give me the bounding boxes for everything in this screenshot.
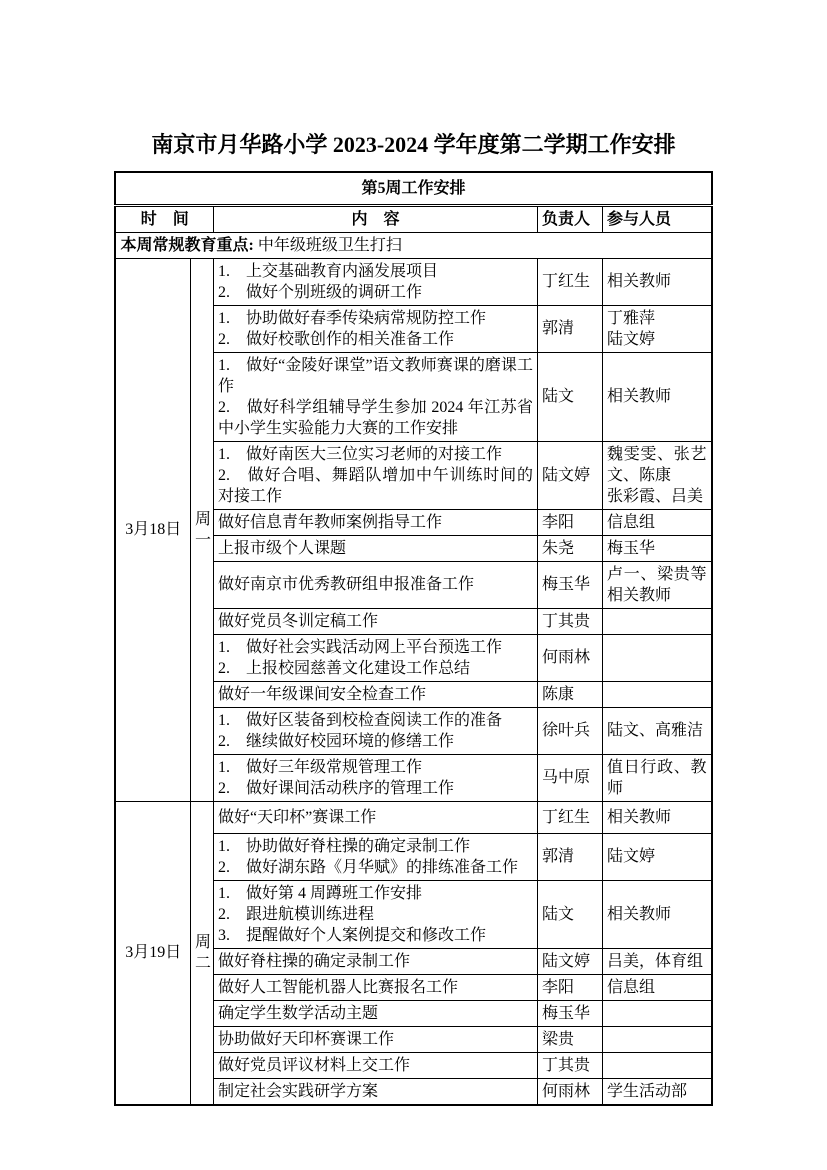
task-participants-cell: 梅玉华 (602, 535, 711, 561)
task-participants-cell (602, 1000, 711, 1026)
task-participants-cell: 信息组 (602, 509, 711, 535)
task-content-cell: 1. 做好南医大三位实习老师的对接工作 2. 做好合唱、舞蹈队增加中午训练时间的… (213, 441, 537, 509)
col-header-lead: 负责人 (537, 205, 602, 232)
task-content-cell: 做好党员评议材料上交工作 (213, 1052, 537, 1078)
date-cell: 3月18日 (115, 258, 190, 801)
task-lead-cell: 陈康 (537, 681, 602, 707)
weekday-cell: 周一 (190, 258, 213, 801)
task-lead-cell: 丁其贵 (537, 608, 602, 634)
task-row: 3月19日周二做好“天印杯”赛课工作丁红生相关教师 (115, 801, 711, 833)
task-content-cell: 制定社会实践研学方案 (213, 1078, 537, 1105)
task-content-cell: 确定学生数学活动主题 (213, 1000, 537, 1026)
task-content-cell: 1. 做好“金陵好课堂”语文教师赛课的磨课工作 2. 做好科学组辅导学生参加 2… (213, 352, 537, 441)
task-participants-cell: 信息组 (602, 974, 711, 1000)
task-participants-cell (602, 681, 711, 707)
task-lead-cell: 郭清 (537, 305, 602, 352)
task-content-cell: 1. 协助做好春季传染病常规防控工作 2. 做好校歌创作的相关准备工作 (213, 305, 537, 352)
task-lead-cell: 陆文婷 (537, 441, 602, 509)
week-header: 第5周工作安排 (115, 172, 711, 205)
weekly-focus-value: 中年级班级卫生打扫 (258, 237, 402, 254)
task-lead-cell: 朱尧 (537, 535, 602, 561)
task-content-cell: 做好人工智能机器人比赛报名工作 (213, 974, 537, 1000)
task-participants-cell: 值日行政、教师 (602, 754, 711, 801)
task-content-cell: 1. 做好三年级常规管理工作 2. 做好课间活动秩序的管理工作 (213, 754, 537, 801)
task-participants-cell (602, 608, 711, 634)
weekday-cell: 周二 (190, 801, 213, 1105)
page-title: 南京市月华路小学 2023-2024 学年度第二学期工作安排 (0, 131, 827, 159)
schedule-body: 3月18日周一1. 上交基础教育内涵发展项目 2. 做好个别班级的调研工作丁红生… (115, 258, 711, 1105)
task-content-cell: 协助做好天印杯赛课工作 (213, 1026, 537, 1052)
task-participants-cell (602, 1052, 711, 1078)
task-lead-cell: 李阳 (537, 509, 602, 535)
task-lead-cell: 梅玉华 (537, 561, 602, 608)
task-lead-cell: 丁其贵 (537, 1052, 602, 1078)
task-content-cell: 1. 协助做好脊柱操的确定录制工作 2. 做好湖东路《月华赋》的排练准备工作 (213, 833, 537, 880)
task-lead-cell: 何雨林 (537, 634, 602, 681)
task-participants-cell (602, 634, 711, 681)
weekly-focus-label: 本周常规教育重点: (120, 237, 253, 254)
task-lead-cell: 梁贵 (537, 1026, 602, 1052)
task-content-cell: 1. 上交基础教育内涵发展项目 2. 做好个别班级的调研工作 (213, 258, 537, 305)
week-header-row: 第5周工作安排 (115, 172, 711, 205)
task-participants-cell: 吕美，体育组 (602, 948, 711, 974)
task-content-cell: 做好“天印杯”赛课工作 (213, 801, 537, 833)
task-row: 3月18日周一1. 上交基础教育内涵发展项目 2. 做好个别班级的调研工作丁红生… (115, 258, 711, 305)
task-content-cell: 做好党员冬训定稿工作 (213, 608, 537, 634)
task-participants-cell: 相关教师 (602, 880, 711, 948)
task-lead-cell: 马中原 (537, 754, 602, 801)
task-content-cell: 1. 做好区装备到校检查阅读工作的准备 2. 继续做好校园环境的修缮工作 (213, 707, 537, 754)
weekly-focus-cell: 本周常规教育重点: 中年级班级卫生打扫 (115, 232, 711, 258)
task-content-cell: 1. 做好第 4 周蹲班工作安排 2. 跟进航模训练进程 3. 提醒做好个人案例… (213, 880, 537, 948)
task-participants-cell: 相关教师 (602, 801, 711, 833)
task-participants-cell: 陆文婷 (602, 833, 711, 880)
col-header-participants: 参与人员 (602, 205, 711, 232)
task-content-cell: 做好信息青年教师案例指导工作 (213, 509, 537, 535)
task-content-cell: 1. 做好社会实践活动网上平台预选工作 2. 上报校园慈善文化建设工作总结 (213, 634, 537, 681)
task-participants-cell: 学生活动部 (602, 1078, 711, 1105)
task-participants-cell: 卢一、梁贵等相关教师 (602, 561, 711, 608)
task-lead-cell: 郭清 (537, 833, 602, 880)
task-lead-cell: 陆文 (537, 352, 602, 441)
column-header-row: 时 间 内 容 负责人 参与人员 (115, 205, 711, 232)
task-content-cell: 做好南京市优秀教研组申报准备工作 (213, 561, 537, 608)
task-participants-cell: 相关教师 (602, 352, 711, 441)
work-schedule-table: 第5周工作安排 时 间 内 容 负责人 参与人员 本周常规教育重点: 中年级班级… (114, 171, 712, 1106)
task-participants-cell: 魏雯雯、张艺文、陈康 张彩霞、吕美 (602, 441, 711, 509)
date-cell: 3月19日 (115, 801, 190, 1105)
document-page: 南京市月华路小学 2023-2024 学年度第二学期工作安排 第5周工作安排 时… (0, 0, 827, 1170)
task-participants-cell: 相关教师 (602, 258, 711, 305)
task-content-cell: 上报市级个人课题 (213, 535, 537, 561)
task-participants-cell (602, 1026, 711, 1052)
task-content-cell: 做好脊柱操的确定录制工作 (213, 948, 537, 974)
col-header-content: 内 容 (213, 205, 537, 232)
task-content-cell: 做好一年级课间安全检查工作 (213, 681, 537, 707)
task-participants-cell: 丁雅萍 陆文婷 (602, 305, 711, 352)
task-lead-cell: 徐叶兵 (537, 707, 602, 754)
task-lead-cell: 陆文 (537, 880, 602, 948)
task-lead-cell: 陆文婷 (537, 948, 602, 974)
col-header-time: 时 间 (115, 205, 213, 232)
task-participants-cell: 陆文、高雅洁 (602, 707, 711, 754)
task-lead-cell: 李阳 (537, 974, 602, 1000)
task-lead-cell: 丁红生 (537, 258, 602, 305)
task-lead-cell: 何雨林 (537, 1078, 602, 1105)
task-lead-cell: 丁红生 (537, 801, 602, 833)
weekly-focus-row: 本周常规教育重点: 中年级班级卫生打扫 (115, 232, 711, 258)
task-lead-cell: 梅玉华 (537, 1000, 602, 1026)
